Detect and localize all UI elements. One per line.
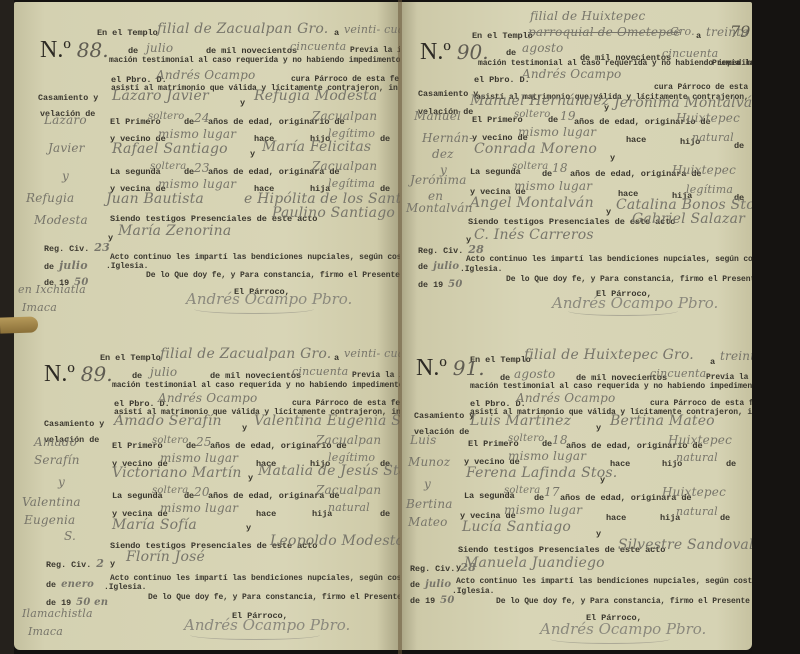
label-de-mil: de mil novecientos — [210, 372, 301, 381]
margin-name-4: Bertina — [406, 498, 453, 510]
bride-mother: Catalina Bonos Stos. — [616, 198, 752, 212]
templo-value: filial de Zacualpan Gro. — [160, 347, 331, 361]
groom-residence: mismo lugar — [518, 126, 596, 138]
margin-name-4: Refugia — [26, 192, 74, 204]
reg-civ-de19: de 19 — [418, 280, 443, 290]
witness-2: Florín José — [126, 550, 205, 564]
label-de-age: de — [548, 116, 558, 125]
reg-civ-month: enero — [61, 579, 94, 590]
priest-value: Andrés Ocampo — [158, 392, 258, 404]
label-de: de — [506, 49, 516, 58]
label-de-age: de — [184, 118, 194, 127]
groom-residence: mismo lugar — [158, 128, 236, 140]
label-de-bride-age: de — [542, 170, 552, 179]
margin-name-6: S. — [64, 530, 76, 542]
templo-value: filial de Huixtepec Gro. — [524, 348, 694, 362]
groom-father: Ferena Lafinda Stos. — [466, 466, 617, 480]
label-cura: cura Párroco de esta feligresía — [654, 84, 752, 92]
reg-civ-label: Reg. Civ. 23 — [44, 242, 110, 253]
bride-mother: e Hipólita de los Santos — [244, 192, 400, 206]
label-a: a — [696, 32, 701, 41]
margin-note-1: Ilamachistla — [22, 608, 93, 619]
groom-origin: Zacualpan — [312, 110, 377, 122]
signature-flourish — [190, 630, 320, 640]
label-de-filiation: de — [380, 135, 390, 144]
templo-struck-value: parroquial de Ometepec — [528, 26, 680, 38]
label-y-parents: y — [610, 154, 615, 163]
groom-name: Lázaro Javier — [112, 89, 209, 103]
groom-name: Amado Serafín — [114, 414, 222, 428]
label-de: de — [132, 372, 142, 381]
witness-1: Paulino Santiago — [272, 206, 395, 220]
bride-residence: mismo lugar — [158, 178, 236, 190]
bride-status: soltera — [150, 162, 186, 172]
reg-civ-text: Reg. Civ. — [410, 564, 455, 574]
signature-flourish — [550, 634, 670, 644]
label-de-age: de — [542, 440, 552, 449]
priest-value: Andrés Ocampo — [516, 392, 616, 404]
year-word-value: cincuenta — [662, 48, 718, 59]
margin-name-4: Valentina — [22, 496, 81, 508]
groom-filiation: natural — [692, 132, 734, 143]
label-de-filiation: de — [726, 460, 736, 469]
number-value: 91. — [453, 356, 485, 380]
record-88: En el Templo filial de Zacualpan Gro. a … — [14, 2, 400, 322]
bride-origin: Zacualpan — [312, 160, 377, 172]
background-surface — [752, 0, 800, 654]
day-value: veinti- cuatro — [344, 24, 400, 35]
groom-origin: Huixtepec — [668, 434, 732, 446]
year-word-value: cincuenta — [650, 368, 706, 379]
label-y: y — [242, 424, 247, 433]
margin-casamiento: Casamiento y — [44, 420, 104, 428]
label-informacion: mación testimonial al caso requerida y n… — [109, 57, 400, 65]
label-a: a — [710, 358, 715, 367]
groom-status: soltero — [148, 112, 185, 122]
year-word-value: cincuenta — [292, 366, 348, 377]
reg-civ-month: julio — [433, 261, 459, 272]
label-previa: Previa la infor- — [350, 47, 400, 55]
groom-father: Rafael Santiago — [112, 142, 228, 156]
margin-name-1: Manuel — [414, 110, 461, 122]
bride-origin: Huixtepec — [662, 486, 726, 498]
label-de-bride-age: de — [534, 494, 544, 503]
groom-residence: mismo lugar — [160, 452, 238, 464]
signature-flourish — [568, 306, 678, 316]
reg-civ-de: de — [44, 262, 54, 272]
reg-civ-de19: de 19 — [410, 596, 435, 606]
label-cura: cura Párroco de esta feligresía — [650, 400, 752, 408]
label-en-el-templo: En el Templo — [97, 29, 158, 38]
bride-name: Valentina Eugenia S. — [254, 414, 400, 428]
bride-name: Bertina Mateo — [610, 414, 715, 428]
bride-father: Angel Montalván — [470, 196, 594, 210]
label-y-bride-parents: y — [596, 530, 601, 539]
witness-1: Leopoldo Modesto — [270, 534, 400, 548]
label-hace: hace — [626, 136, 646, 145]
book-spread: En el Templo filial de Zacualpan Gro. a … — [0, 0, 800, 654]
margin-name-5: Eugenia — [24, 514, 75, 526]
reg-civ-month-line: de enero — [46, 580, 94, 590]
record-number: N.º 89. — [44, 362, 113, 386]
bride-status: soltera — [152, 486, 188, 496]
bride-filiation: natural — [328, 502, 370, 513]
number-prefix: N.º — [416, 355, 447, 381]
margin-name-2: Hernán- — [422, 132, 473, 144]
record-89: En el Templo filial de Zacualpan Gro. a … — [14, 330, 400, 650]
bride-name: Jerónima Montalván — [614, 96, 752, 110]
templo-correction: filial de Huixtepec — [530, 10, 645, 22]
label-de-bride-filiation: de — [380, 510, 390, 519]
number-prefix: N.º — [420, 39, 451, 65]
priest-value: Andrés Ocampo — [156, 69, 256, 81]
year-word-value: cincuenta — [290, 41, 346, 52]
label-doy-fe: De lo Que doy fe, y Para constancia, fir… — [148, 594, 400, 602]
right-page: 79 filial de Huixtepec En el Templo parr… — [400, 2, 752, 650]
bride-origin: Zacualpan — [316, 484, 381, 496]
margin-casamiento: Casamiento y — [414, 412, 474, 420]
priest-value: Andrés Ocampo — [522, 68, 622, 80]
month-value: julio — [150, 366, 177, 378]
groom-status: soltero — [514, 110, 551, 120]
label-y-bride-parents: y — [606, 208, 611, 217]
margin-note-2: Imaca — [22, 302, 57, 313]
bride-father: María Sofía — [112, 518, 197, 532]
label-cura: cura Párroco de esta feligresía — [292, 400, 400, 408]
day-value: treinta — [706, 26, 749, 38]
reg-civ-text: Reg. Civ. — [46, 560, 91, 570]
month-value: agosto — [522, 42, 563, 54]
number-prefix: N.º — [40, 37, 71, 63]
groom-residence: mismo lugar — [508, 450, 586, 462]
label-iglesia: .Iglesia. — [106, 263, 148, 271]
label-acto-continuo: Acto continuo les impartí las bendicione… — [456, 578, 752, 586]
label-y: y — [240, 99, 245, 108]
reg-civ-number: 23 — [94, 241, 110, 254]
reg-civ-de: de — [46, 580, 56, 590]
templo-value: filial de Zacualpan Gro. — [157, 22, 328, 36]
bride-residence: mismo lugar — [160, 502, 238, 514]
groom-status: soltero — [508, 434, 545, 444]
witness-2: Manuela Juandiego — [464, 556, 605, 570]
margin-name-5: Jerónima — [410, 174, 467, 186]
margin-name-3: y — [62, 170, 69, 182]
margin-name-2: Javier — [48, 142, 85, 154]
margin-name-3: dez — [432, 148, 454, 160]
label-doy-fe: De lo Que doy fe, y Para constancia, fir… — [496, 598, 752, 606]
label-y-witness: y — [110, 560, 115, 569]
groom-status: soltero — [152, 436, 189, 446]
reg-civ-label: Reg. Civ. 2 — [46, 558, 104, 569]
label-de-age: de — [186, 442, 196, 451]
margin-note-1: en Ixchiatla — [18, 284, 86, 295]
groom-father: Conrada Moreno — [474, 142, 597, 156]
label-de-bride-age: de — [184, 168, 194, 177]
reg-civ-month: julio — [59, 259, 88, 272]
label-a: a — [334, 354, 339, 363]
number-value: 88. — [77, 38, 109, 62]
reg-civ-month-line: de julio — [410, 580, 451, 590]
reg-civ-number: 2 — [96, 557, 104, 570]
margin-name-5: Modesta — [34, 214, 88, 226]
bride-filiation: natural — [676, 506, 718, 517]
reg-civ-de: de — [418, 262, 428, 272]
label-de-bride-filiation: de — [720, 514, 730, 523]
label-de-bride-age: de — [184, 492, 194, 501]
margin-name-3: y — [58, 476, 65, 488]
signature-flourish — [194, 304, 314, 314]
witness-2: María Zenorina — [118, 224, 231, 238]
day-value: treinta — [720, 350, 752, 362]
record-number: N.º 88. — [40, 38, 109, 62]
margin-note-2: Imaca — [28, 626, 63, 637]
margin-name-7: Montalván — [406, 202, 473, 214]
label-iglesia: .Iglesia. — [460, 266, 502, 274]
reg-civ-label: Reg. Civ. 28 — [410, 562, 476, 573]
reg-civ-de: de — [410, 580, 420, 590]
label-doy-fe: De lo Que doy fe, y Para constancia, fir… — [506, 276, 752, 284]
bride-residence: mismo lugar — [504, 504, 582, 516]
reg-civ-month-line: de julio — [44, 260, 88, 271]
margin-name-2: Munoz — [408, 456, 450, 468]
bride-origin: Huixtepec — [672, 164, 736, 176]
bride-name: Refugia Modesta — [254, 89, 377, 103]
bride-age: 18 — [552, 162, 568, 174]
groom-mother: Matalia de Jesús Stos. — [258, 464, 400, 478]
reg-civ-number: 28 — [460, 561, 476, 574]
groom-origin: Huixtepec — [676, 112, 740, 124]
reg-civ-year-line: de 19 50 — [410, 596, 455, 606]
margin-name-1: Lázaro — [44, 114, 87, 126]
bookmark-ribbon — [0, 316, 38, 333]
number-value: 89. — [81, 362, 113, 386]
day-value: veinti- cuatro — [344, 348, 400, 359]
margin-name-5: Mateo — [408, 516, 448, 528]
label-de-filiation: de — [734, 142, 744, 151]
groom-filiation: legítimo — [328, 128, 375, 139]
label-hace-bride: hace — [256, 510, 276, 519]
label-a: a — [334, 29, 339, 38]
bride-father: Lucía Santiago — [462, 520, 571, 534]
record-number: N.º 91. — [416, 356, 485, 380]
label-y-parents: y — [250, 150, 255, 159]
label-de: de — [128, 47, 138, 56]
groom-name: Luis Martínez — [470, 414, 571, 428]
margin-name-2: Serafín — [34, 454, 80, 466]
reg-civ-month: julio — [425, 579, 451, 590]
record-91: En el Templo filial de Huixtepec Gro. a … — [400, 330, 752, 650]
number-prefix: N.º — [44, 361, 75, 387]
reg-civ-year: 50 — [448, 279, 462, 290]
label-de-mil: de mil novecientos — [206, 47, 297, 56]
month-value: julio — [146, 42, 173, 54]
witness-1: Gabriel Salazar — [632, 212, 745, 226]
margin-name-3: y — [424, 478, 431, 490]
label-iglesia: .Iglesia. — [452, 588, 494, 596]
label-previa: Previa la infor- — [352, 372, 400, 380]
label-y-parents: y — [600, 476, 605, 485]
reg-civ-year: 50 — [440, 595, 454, 606]
groom-origin: Zacualpan — [316, 434, 381, 446]
margin-name-1: Luis — [410, 434, 437, 446]
reg-civ-text: Reg. Civ. — [418, 246, 463, 256]
margin-casamiento: Casamiento y — [38, 94, 98, 102]
reg-civ-year-line: de 19 50 — [418, 280, 463, 290]
bride-filiation: legítima — [686, 184, 733, 195]
reg-civ-month-line: de julio — [418, 262, 459, 272]
label-y-parents: y — [248, 474, 253, 483]
label-hace-bride: hace — [606, 514, 626, 523]
label-acto-continuo: Acto continuo les impartí las bendicione… — [466, 256, 752, 264]
label-acto-continuo: Acto continuo les impartí las bendicione… — [110, 254, 400, 262]
label-y-bride-parents: y — [246, 524, 251, 533]
witness-1: Silvestre Sandoval — [618, 538, 752, 552]
templo-suffix: Gro. — [670, 26, 695, 37]
bride-age: 17 — [544, 486, 560, 498]
bride-father: Juan Bautista — [106, 192, 204, 206]
bride-residence: mismo lugar — [514, 180, 592, 192]
groom-name: Manuel Hernández — [470, 94, 609, 108]
margin-name-1: Amado — [34, 436, 77, 448]
label-informacion: mación testimonial al caso requerida y n… — [470, 383, 752, 391]
groom-filiation: legítimo — [328, 452, 375, 463]
witness-2: C. Inés Carreros — [474, 228, 594, 242]
label-y: y — [596, 424, 601, 433]
month-value: agosto — [514, 368, 555, 380]
reg-civ-text: Reg. Civ. — [44, 244, 89, 254]
left-page: En el Templo filial de Zacualpan Gro. a … — [14, 2, 400, 650]
label-cura: cura Párroco de esta feligresía — [291, 76, 400, 84]
label-doy-fe: De lo Que doy fe, y Para constancia, fir… — [146, 272, 400, 280]
label-informacion: mación testimonial al caso requerida y n… — [112, 382, 400, 390]
groom-mother: María Felicitas — [262, 140, 371, 154]
label-y: y — [604, 104, 609, 113]
label-iglesia: .Iglesia. — [104, 584, 146, 592]
record-90: filial de Huixtepec En el Templo parroqu… — [400, 2, 752, 322]
label-acto-continuo: Acto continuo les impartí las bendicione… — [110, 575, 400, 583]
groom-filiation: natural — [676, 452, 718, 463]
label-previa: Previa la infor- — [706, 374, 752, 382]
groom-father: Victoriano Martín — [112, 466, 242, 480]
reg-civ-label: Reg. Civ. 28 — [418, 244, 484, 255]
book-spine — [398, 0, 402, 654]
bride-filiation: legítima — [328, 178, 375, 189]
